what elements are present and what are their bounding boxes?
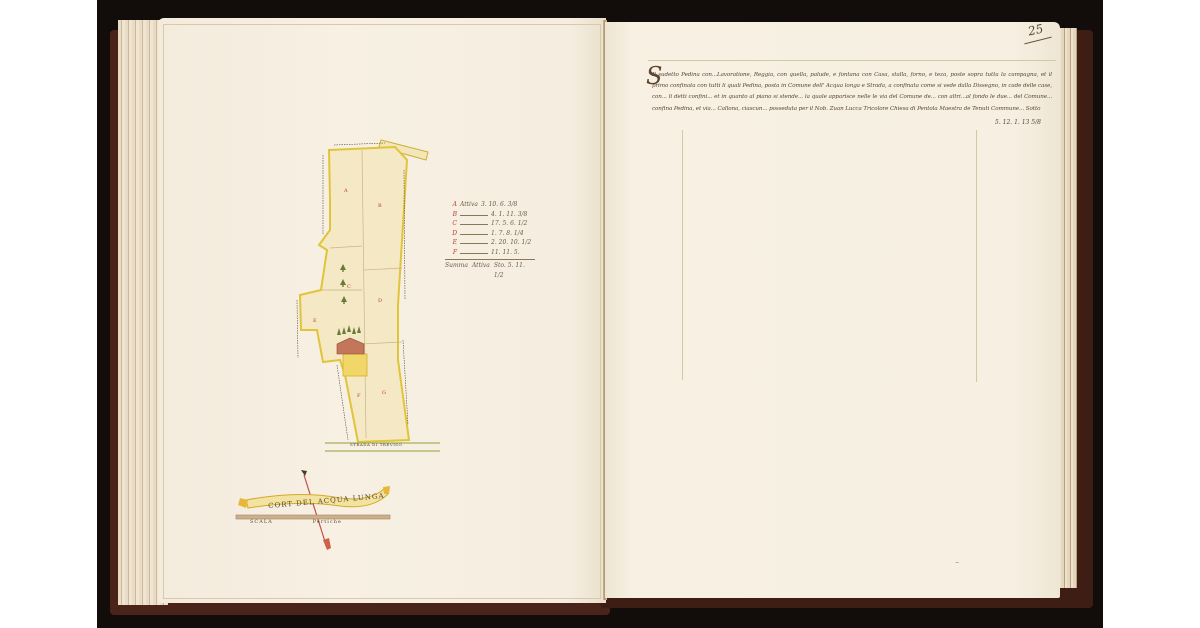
svg-text:B: B <box>378 203 382 209</box>
scale-unit: Pertiche <box>313 519 342 525</box>
svg-text:D: D <box>378 298 382 304</box>
legend-row: F 11. 11. 5. <box>445 248 535 258</box>
svg-text:G: G <box>382 390 386 396</box>
entry-text: Il sudetto Pedina con...Lavoratione, Reg… <box>652 70 1052 115</box>
scale-text: SCALA <box>250 519 273 525</box>
legend-total: Summa Attiva Sto. 5. 11. 1/2 <box>445 259 535 280</box>
legend-row: A Attiva 3. 10. 6. 3/8 <box>445 200 535 210</box>
entry-value: 5. 12. 1. 13 5/8 <box>995 119 1041 126</box>
road-label: STRADA DI TREVISO <box>350 442 402 447</box>
ruled-line-right <box>976 130 977 382</box>
svg-text:C: C <box>347 284 351 290</box>
pencil-mark: ~ <box>955 560 959 566</box>
scale-label: SCALA Pertiche <box>250 519 342 525</box>
svg-text:E: E <box>313 318 317 324</box>
svg-text:A: A <box>343 188 348 194</box>
legend-row: C 17. 5. 6. 1/2 <box>445 219 535 229</box>
legend-row: E 2. 20. 10. 1/2 <box>445 238 535 248</box>
legend-row: B 4. 1. 11. 3/8 <box>445 210 535 220</box>
ruled-line-top <box>648 60 1056 61</box>
area-legend: A Attiva 3. 10. 6. 3/8 B 4. 1. 11. 3/8 C… <box>445 200 535 280</box>
parcel-outline <box>300 147 409 442</box>
svg-text:F: F <box>357 393 361 399</box>
ruled-line-left <box>682 130 683 380</box>
legend-row: D 1. 7. 8. 1/4 <box>445 229 535 239</box>
